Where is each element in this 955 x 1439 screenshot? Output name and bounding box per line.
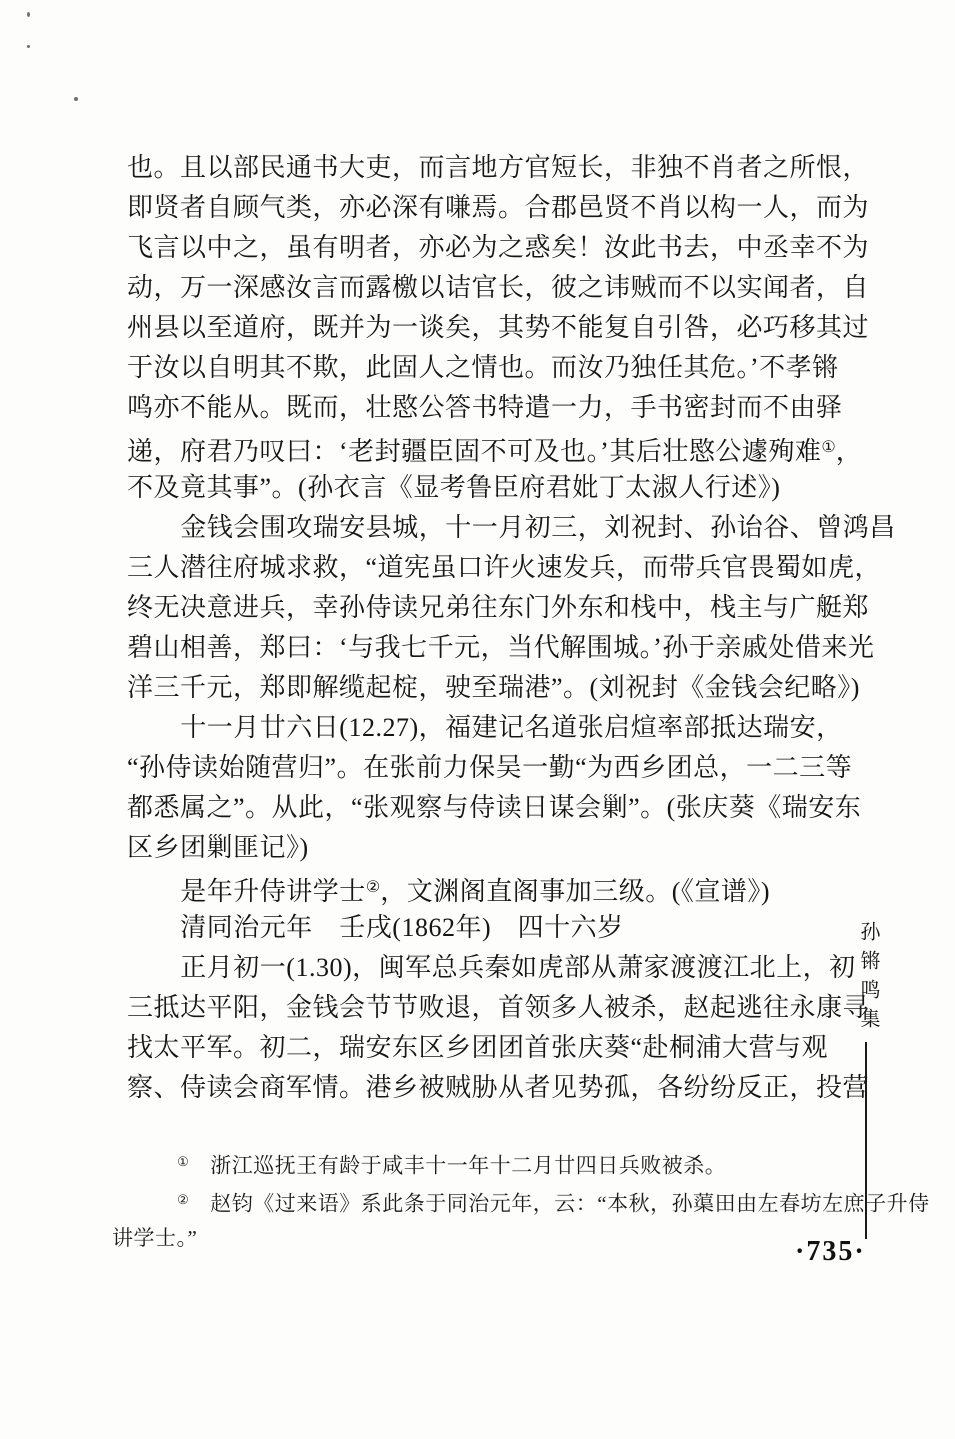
text-line: 三人潜往府城求救，“道宪虽口许火速发兵，而带兵官畏蜀如虎， (127, 548, 859, 588)
text-line: 即贤者自顾气类，亦必深有嗛焉。合郡邑贤不肖以构一人，而为 (127, 188, 859, 228)
text-line: 碧山相善，郑曰：‘与我七千元，当代解围城。’孙于亲戚处借来光 (127, 628, 859, 668)
text-line: ① 浙江巡抚王有龄于咸丰十一年十二月廿四日兵败被杀。 (112, 1143, 857, 1181)
footnote-ref: ① (177, 1154, 189, 1169)
text-line: 递，府君乃叹曰：‘老封疆臣固不可及也。’其后壮愍公遽殉难①， (127, 428, 859, 468)
text-line: 讲学士。” (112, 1219, 857, 1257)
text-line: ② 赵钧《过来语》系此条于同治元年，云：“本秋，孙蕖田由左春坊左庶子升侍 (112, 1181, 857, 1219)
text-line: 三抵达平阳，金钱会节节败退，首领多人被杀，赵起逃往永康寻 (127, 988, 859, 1028)
page-number: ·735· (795, 1236, 866, 1268)
scan-speck (74, 97, 78, 101)
text-line: 区乡团剿匪记》) (127, 828, 859, 868)
text-line: 终无决意进兵，幸孙侍读兄弟往东门外东和栈中，栈主与广艇郑 (127, 588, 859, 628)
body-text: 也。且以部民通书大吏，而言地方官短长，非独不肖者之所恨，即贤者自顾气类，亦必深有… (127, 148, 859, 1108)
text-line: 鸣亦不能从。既而，壮愍公答书特遣一力，手书密封而不由驿 (127, 388, 859, 428)
footnotes: ① 浙江巡抚王有龄于咸丰十一年十二月廿四日兵败被杀。② 赵钧《过来语》系此条于同… (112, 1143, 857, 1257)
text-line: 不及竟其事”。(孙衣言《显考鲁臣府君妣丁太淑人行述》) (127, 468, 859, 508)
footnote-ref: ② (177, 1192, 189, 1207)
text-line: 于汝以自明其不欺，此固人之情也。而汝乃独任其危。’不孝锵 (127, 348, 859, 388)
text-line: 金钱会围攻瑞安县城，十一月初三，刘祝封、孙诒谷、曾鸿昌 (127, 508, 859, 548)
scan-speck (27, 12, 30, 17)
book-page: 也。且以部民通书大吏，而言地方官短长，非独不肖者之所恨，即贤者自顾气类，亦必深有… (0, 0, 955, 1439)
running-title-vertical: 孙锵鸣集 (854, 921, 883, 1037)
text-line: 也。且以部民通书大吏，而言地方官短长，非独不肖者之所恨， (127, 148, 859, 188)
footnote-ref: ② (366, 879, 380, 896)
text-line: 是年升侍讲学士②，文渊阁直阁事加三级。(《宣谱》) (127, 868, 859, 908)
scan-speck (27, 45, 30, 48)
text-line: 都悉属之”。从此，“张观察与侍读日谋会剿”。(张庆葵《瑞安东 (127, 788, 859, 828)
text-line: 飞言以中之，虽有明者，亦必为之惑矣！汝此书去，中丞幸不为 (127, 228, 859, 268)
text-line: 清同治元年 壬戌(1862年) 四十六岁 (127, 908, 859, 948)
text-line: 找太平军。初二，瑞安东区乡团团首张庆葵“赴桐浦大营与观 (127, 1028, 859, 1068)
vertical-rule (865, 1042, 867, 1239)
text-line: 动，万一深感汝言而露檄以诘官长，彼之讳贼而不以实闻者，自 (127, 268, 859, 308)
text-line: 州县以至道府，既并为一谈矣，其势不能复自引咎，必巧移其过 (127, 308, 859, 348)
text-line: “孙侍读始随营归”。在张前力保吴一勤“为西乡团总，一二三等 (127, 748, 859, 788)
text-line: 察、侍读会商军情。港乡被贼胁从者见势孤，各纷纷反正，投营 (127, 1068, 859, 1108)
footnote-ref: ① (821, 439, 835, 456)
text-line: 十一月廿六日(12.27)，福建记名道张启煊率部抵达瑞安， (127, 708, 859, 748)
text-line: 正月初一(1.30)，闽军总兵秦如虎部从萧家渡渡江北上，初 (127, 948, 859, 988)
text-line: 洋三千元，郑即解缆起椗，驶至瑞港”。(刘祝封《金钱会纪略》) (127, 668, 859, 708)
